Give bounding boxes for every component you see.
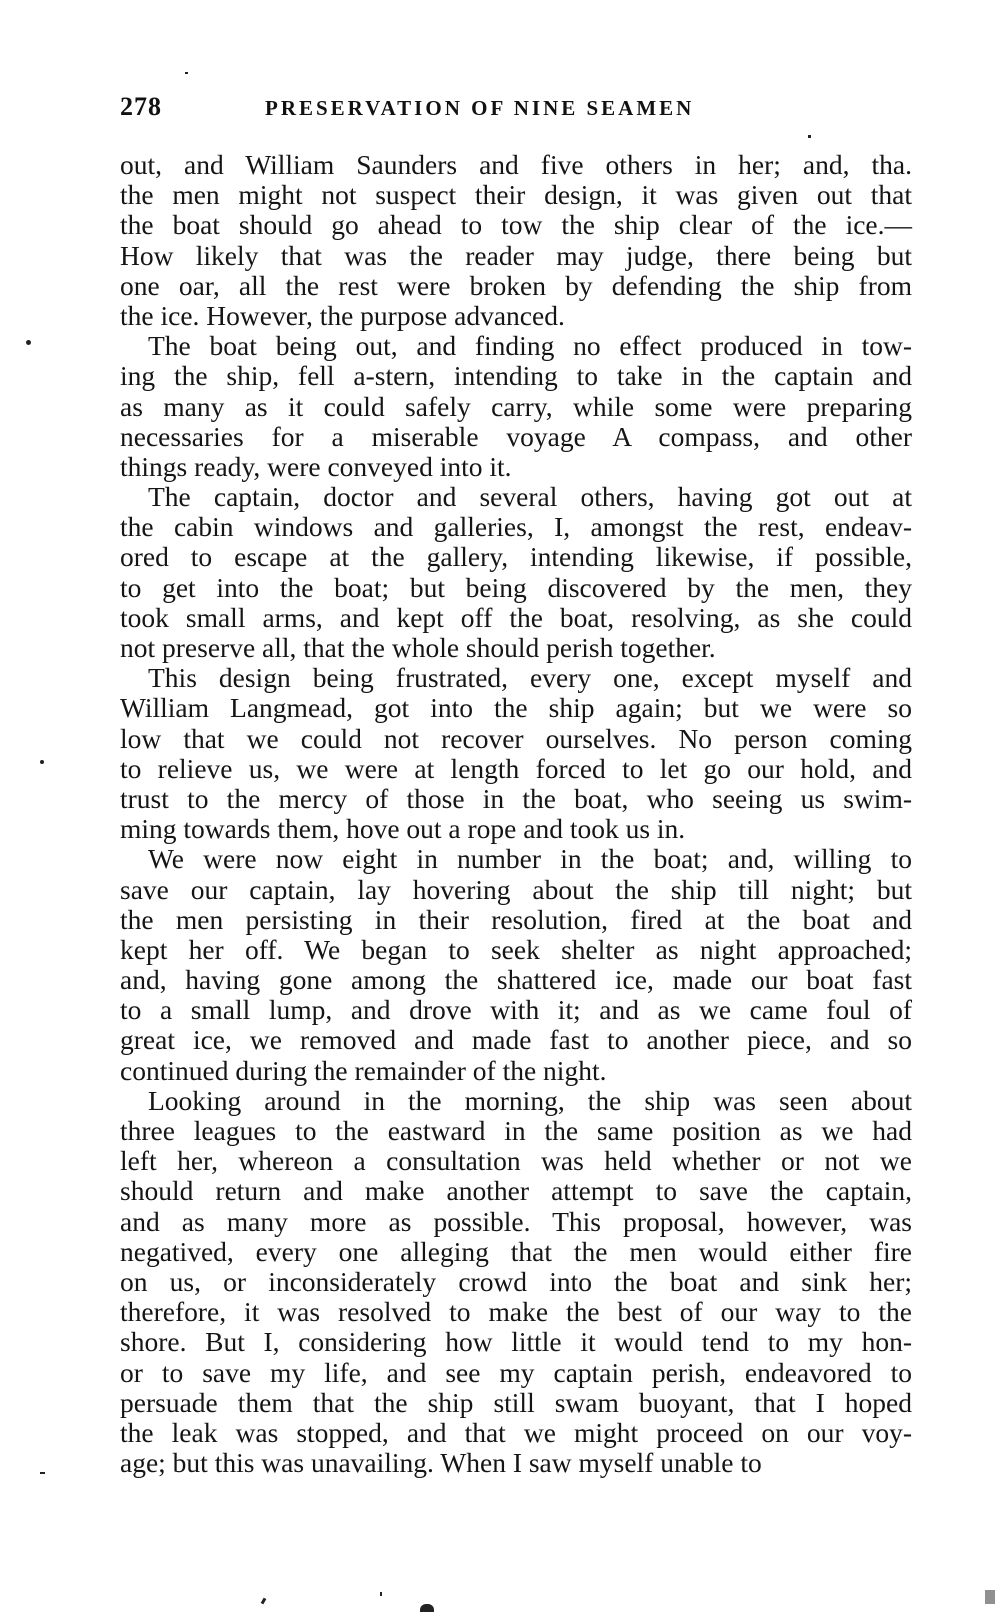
text-line: necessaries for a miserable voyage A com… — [120, 422, 912, 452]
line-text: and, having gone among the shattered ice… — [120, 965, 912, 995]
paragraph: This design being frustrated, every one,… — [120, 663, 912, 844]
line-text: This design being frustrated, every one,… — [148, 663, 912, 693]
text-line: not preserve all, that the whole should … — [120, 633, 912, 663]
text-line: ing the ship, fell a-stern, intending to… — [120, 361, 912, 391]
line-text: things ready, were conveyed into it. — [120, 452, 912, 482]
text-line: The captain, doctor and several others, … — [120, 482, 912, 512]
text-line: and, having gone among the shattered ice… — [120, 965, 912, 995]
book-page: 278 PRESERVATION OF NINE SEAMEN out, and… — [0, 0, 1000, 1612]
scan-speck — [185, 72, 188, 74]
text-line: the men might not suspect their design, … — [120, 180, 912, 210]
line-text: three leagues to the eastward in the sam… — [120, 1116, 912, 1146]
text-line: to a small lump, and drove with it; and … — [120, 995, 912, 1025]
text-line: shore. But I, considering how little it … — [120, 1327, 912, 1357]
line-text: therefore, it was resolved to make the b… — [120, 1297, 912, 1327]
line-text: We were now eight in number in the boat;… — [148, 844, 912, 874]
text-line: We were now eight in number in the boat;… — [120, 844, 912, 874]
scan-speck — [40, 760, 44, 764]
scan-speck — [985, 1590, 995, 1604]
text-line: as many as it could safely carry, while … — [120, 392, 912, 422]
line-text: on us, or inconsiderately crowd into the… — [120, 1267, 912, 1297]
scan-speck — [261, 1598, 267, 1605]
line-text: shore. But I, considering how little it … — [120, 1327, 912, 1357]
text-line: to relieve us, we were at length forced … — [120, 754, 912, 784]
text-line: to get into the boat; but being discover… — [120, 573, 912, 603]
scan-speck — [420, 1604, 434, 1612]
text-line: age; but this was unavailing. When I saw… — [120, 1448, 912, 1478]
line-text: Looking around in the morning, the ship … — [148, 1086, 912, 1116]
text-line: one oar, all the rest were broken by def… — [120, 271, 912, 301]
text-line: left her, whereon a consultation was hel… — [120, 1146, 912, 1176]
page-header: 278 PRESERVATION OF NINE SEAMEN — [120, 92, 920, 122]
text-line: the men persisting in their resolution, … — [120, 905, 912, 935]
line-text: out, and William Saunders and five other… — [120, 150, 912, 180]
line-text: took small arms, and kept off the boat, … — [120, 603, 912, 633]
page-number: 278 — [120, 92, 162, 122]
scan-speck — [380, 1592, 382, 1596]
text-line: persuade them that the ship still swam b… — [120, 1388, 912, 1418]
text-line: should return and make another attempt t… — [120, 1176, 912, 1206]
line-text: the boat should go ahead to tow the ship… — [120, 210, 912, 240]
line-text: How likely that was the reader may judge… — [120, 241, 912, 271]
line-text: William Langmead, got into the ship agai… — [120, 693, 912, 723]
body-text: out, and William Saunders and five other… — [120, 150, 912, 1478]
text-line: or to save my life, and see my captain p… — [120, 1358, 912, 1388]
line-text: or to save my life, and see my captain p… — [120, 1358, 912, 1388]
paragraph: Looking around in the morning, the ship … — [120, 1086, 912, 1478]
line-text: one oar, all the rest were broken by def… — [120, 271, 912, 301]
line-text: persuade them that the ship still swam b… — [120, 1388, 912, 1418]
text-line: William Langmead, got into the ship agai… — [120, 693, 912, 723]
line-text: necessaries for a miserable voyage A com… — [120, 422, 912, 452]
text-line: The boat being out, and finding no effec… — [120, 331, 912, 361]
text-line: the ice. However, the purpose advanced. — [120, 301, 912, 331]
line-text: save our captain, lay hovering about the… — [120, 875, 912, 905]
line-text: The boat being out, and finding no effec… — [148, 331, 912, 361]
line-text: negatived, every one alleging that the m… — [120, 1237, 912, 1267]
text-line: the cabin windows and galleries, I, amon… — [120, 512, 912, 542]
line-text: The captain, doctor and several others, … — [148, 482, 912, 512]
line-text: trust to the mercy of those in the boat,… — [120, 784, 912, 814]
line-text: left her, whereon a consultation was hel… — [120, 1146, 912, 1176]
line-text: ing the ship, fell a-stern, intending to… — [120, 361, 912, 391]
paragraph: The captain, doctor and several others, … — [120, 482, 912, 663]
text-line: trust to the mercy of those in the boat,… — [120, 784, 912, 814]
line-text: not preserve all, that the whole should … — [120, 633, 912, 663]
paragraph: We were now eight in number in the boat;… — [120, 844, 912, 1086]
text-line: This design being frustrated, every one,… — [120, 663, 912, 693]
text-line: great ice, we removed and made fast to a… — [120, 1025, 912, 1055]
line-text: continued during the remainder of the ni… — [120, 1056, 912, 1086]
text-line: Looking around in the morning, the ship … — [120, 1086, 912, 1116]
text-line: ored to escape at the gallery, intending… — [120, 542, 912, 572]
paragraph: The boat being out, and finding no effec… — [120, 331, 912, 482]
text-line: negatived, every one alleging that the m… — [120, 1237, 912, 1267]
text-line: took small arms, and kept off the boat, … — [120, 603, 912, 633]
text-line: on us, or inconsiderately crowd into the… — [120, 1267, 912, 1297]
line-text: great ice, we removed and made fast to a… — [120, 1025, 912, 1055]
text-line: the boat should go ahead to tow the ship… — [120, 210, 912, 240]
line-text: age; but this was unavailing. When I saw… — [120, 1448, 912, 1478]
text-line: the leak was stopped, and that we might … — [120, 1418, 912, 1448]
text-line: ming towards them, hove out a rope and t… — [120, 814, 912, 844]
line-text: to a small lump, and drove with it; and … — [120, 995, 912, 1025]
text-line: How likely that was the reader may judge… — [120, 241, 912, 271]
line-text: the men persisting in their resolution, … — [120, 905, 912, 935]
line-text: the leak was stopped, and that we might … — [120, 1418, 912, 1448]
text-line: three leagues to the eastward in the sam… — [120, 1116, 912, 1146]
text-line: therefore, it was resolved to make the b… — [120, 1297, 912, 1327]
line-text: the cabin windows and galleries, I, amon… — [120, 512, 912, 542]
line-text: and as many more as possible. This propo… — [120, 1207, 912, 1237]
line-text: the ice. However, the purpose advanced. — [120, 301, 912, 331]
line-text: to relieve us, we were at length forced … — [120, 754, 912, 784]
running-title: PRESERVATION OF NINE SEAMEN — [265, 96, 694, 121]
line-text: ming towards them, hove out a rope and t… — [120, 814, 912, 844]
line-text: to get into the boat; but being discover… — [120, 573, 912, 603]
line-text: should return and make another attempt t… — [120, 1176, 912, 1206]
text-line: things ready, were conveyed into it. — [120, 452, 912, 482]
paragraph: out, and William Saunders and five other… — [120, 150, 912, 331]
text-line: and as many more as possible. This propo… — [120, 1207, 912, 1237]
line-text: ored to escape at the gallery, intending… — [120, 542, 912, 572]
text-line: continued during the remainder of the ni… — [120, 1056, 912, 1086]
text-line: low that we could not recover ourselves.… — [120, 724, 912, 754]
line-text: as many as it could safely carry, while … — [120, 392, 912, 422]
text-line: out, and William Saunders and five other… — [120, 150, 912, 180]
scan-speck — [26, 340, 31, 345]
scan-speck — [808, 135, 811, 138]
line-text: kept her off. We began to seek shelter a… — [120, 935, 912, 965]
line-text: low that we could not recover ourselves.… — [120, 724, 912, 754]
scan-speck — [40, 1472, 45, 1474]
text-line: save our captain, lay hovering about the… — [120, 875, 912, 905]
line-text: the men might not suspect their design, … — [120, 180, 912, 210]
text-line: kept her off. We began to seek shelter a… — [120, 935, 912, 965]
